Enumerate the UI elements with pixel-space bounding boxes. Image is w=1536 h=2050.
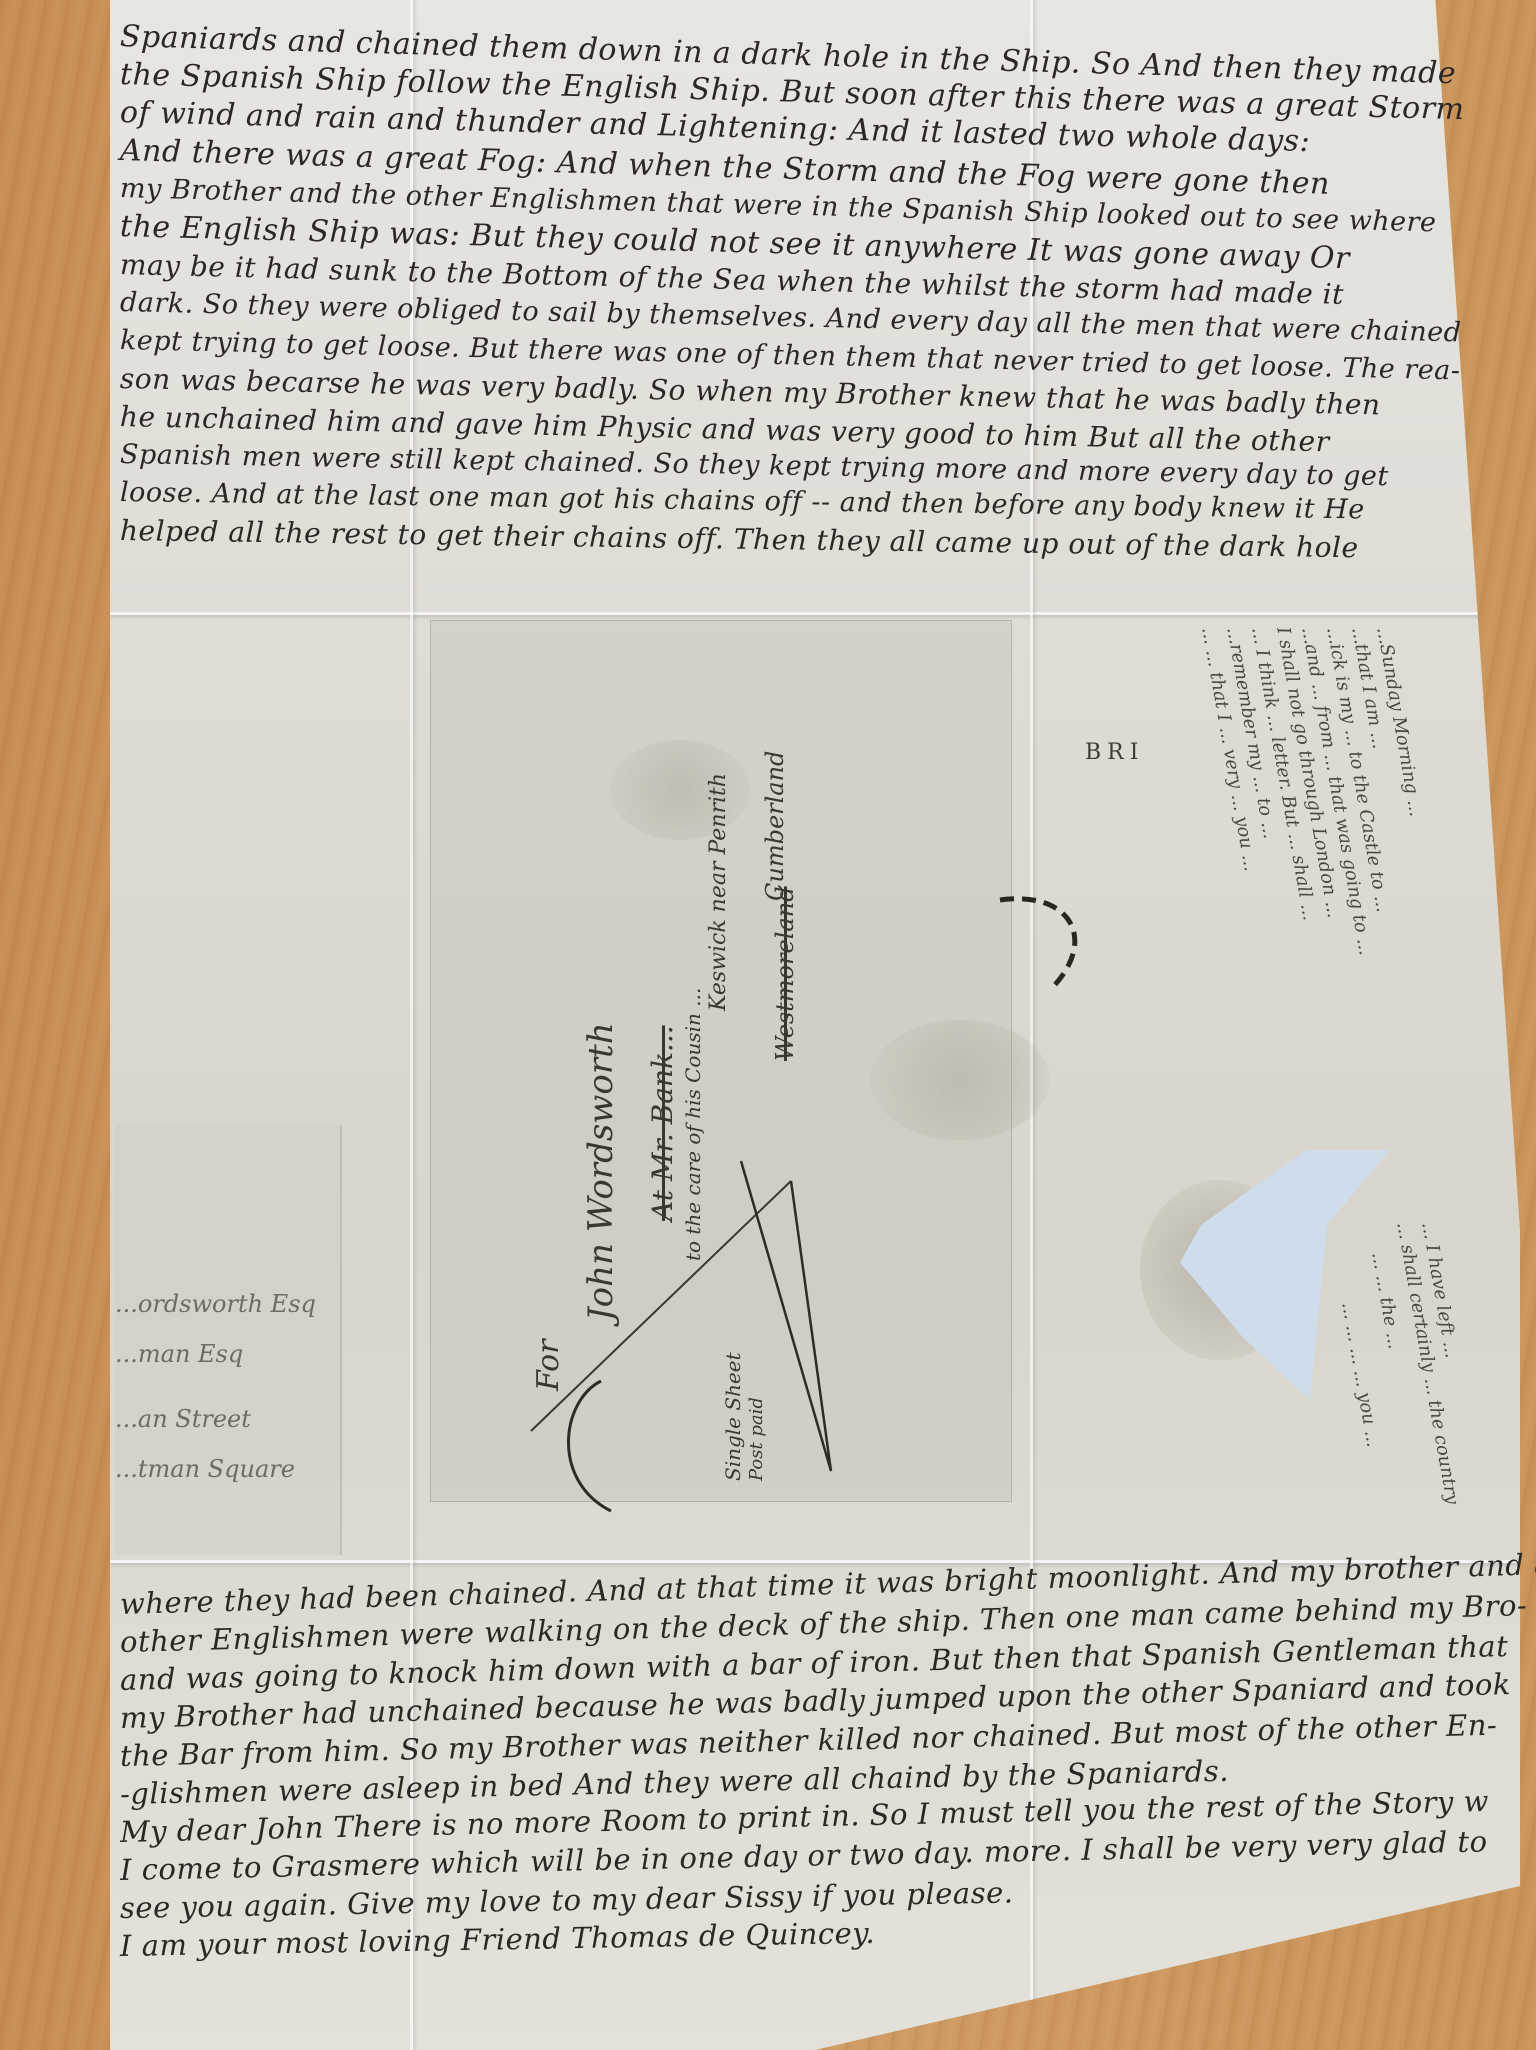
address-town: Keswick near Penrith <box>706 773 731 1011</box>
flourish-icon <box>491 1101 891 1521</box>
address-panel: For John Wordsworth At Mr. Bank... to th… <box>430 620 1012 1502</box>
letter-top-text: Spaniards and chained them down in a dar… <box>120 18 1510 550</box>
address-line: ...ordsworth Esq <box>115 1290 316 1318</box>
left-address-panel: ...ordsworth Esq ...man Esq ...an Street… <box>115 1125 342 1555</box>
struck-county: Westmoreland <box>771 886 799 1061</box>
address-county: Cumberland <box>761 751 789 901</box>
address-line: ...an Street <box>115 1405 251 1433</box>
address-line: ...tman Square <box>115 1455 295 1483</box>
letter-bottom-text: where they had been chained. And at that… <box>120 1585 1510 1965</box>
fold-crease <box>110 612 1520 615</box>
postmark-arc-icon <box>990 890 1110 1010</box>
postmark-text: BRI <box>1085 740 1144 765</box>
address-line: ...man Esq <box>115 1340 243 1368</box>
